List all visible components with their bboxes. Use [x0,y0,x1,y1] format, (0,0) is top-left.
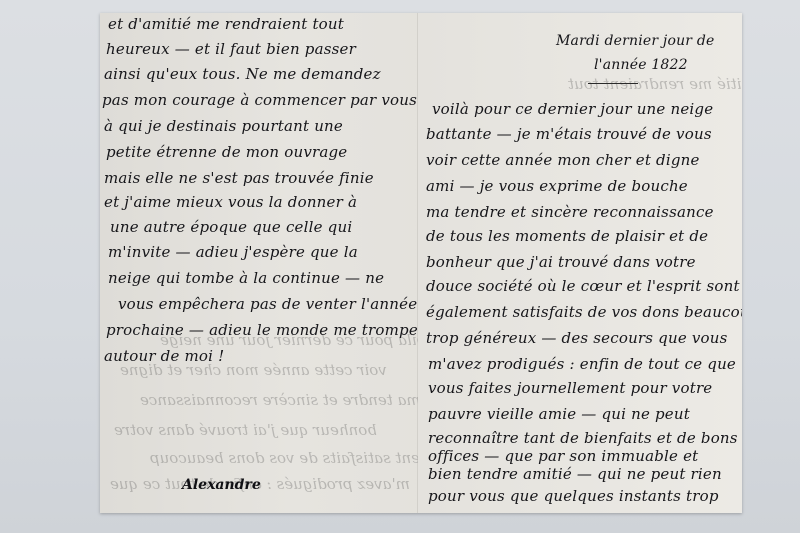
letter-line: pour vous que quelques instants trop [428,487,719,505]
bleed-through-text: ma tendre et sincère reconnaissance [140,391,418,409]
letter-line: voir cette année mon cher et digne [426,151,700,169]
right-page: et d'amitié me rendraient tout Mardi der… [418,13,742,513]
left-page: voilà pour ce dernier jour une neige voi… [100,13,418,513]
letter-line: neige qui tombe à la continue — ne [108,269,384,287]
date-underline [588,83,638,84]
letter-line: m'avez prodigués : enfin de tout ce que [428,355,736,373]
letter-line: vous empêchera pas de venter l'année [118,295,417,313]
letter-line: également satisfaits de vos dons beaucou… [426,303,742,321]
letter-line: bonheur que j'ai trouvé dans votre [426,253,696,271]
letter-line: voilà pour ce dernier jour une neige [432,100,713,118]
signature: Alexandre [182,477,261,493]
letter-line: battante — je m'étais trouvé de vous [426,125,712,143]
letter-line: pas mon courage à commencer par vous [102,91,417,109]
bleed-through-text: également satisfaits de vos dons beaucou… [150,449,418,467]
letter-line: bien tendre amitié — qui ne peut rien [428,465,722,483]
letter-line: et d'amitié me rendraient tout [108,15,344,33]
letter-line: prochaine — adieu le monde me trompe [106,321,418,339]
letter-line: offices — que par son immuable et [428,447,698,465]
letter-line: ami — je vous exprime de bouche [426,177,688,195]
letter-line: de tous les moments de plaisir et de [426,227,708,245]
letter-line: autour de moi ! [104,347,224,365]
letter-line: trop généreux — des secours que vous [426,329,728,347]
letter-line: à qui je destinais pourtant une [104,117,343,135]
letter-line: ainsi qu'eux tous. Ne me demandez [104,65,381,83]
letter-line: douce société où le cœur et l'esprit son… [426,277,740,295]
letter-line: reconnaître tant de bienfaits et de bons [428,429,738,447]
bleed-through-text: et d'amitié me rendraient tout [568,75,742,93]
letter-date-line: l'année 1822 [594,57,688,73]
letter-date-line: Mardi dernier jour de [556,33,715,49]
letter-line: m'invite — adieu j'espère que la [108,243,358,261]
letter-line: mais elle ne s'est pas trouvée finie [104,169,374,187]
letter-line: heureux — et il faut bien passer [106,40,356,58]
bleed-through-text: bonheur que j'ai trouvé dans votre [114,421,377,439]
letter-line: une autre époque que celle qui [110,218,352,236]
letter-line: petite étrenne de mon ouvrage [106,143,347,161]
letter-line: vous faites journellement pour votre [428,379,712,397]
letter-line: et j'aime mieux vous la donner à [104,193,357,211]
letter-sheet: voilà pour ce dernier jour une neige voi… [100,13,742,513]
letter-line: ma tendre et sincère reconnaissance [426,203,714,221]
letter-line: pauvre vieille amie — qui ne peut [428,405,690,423]
